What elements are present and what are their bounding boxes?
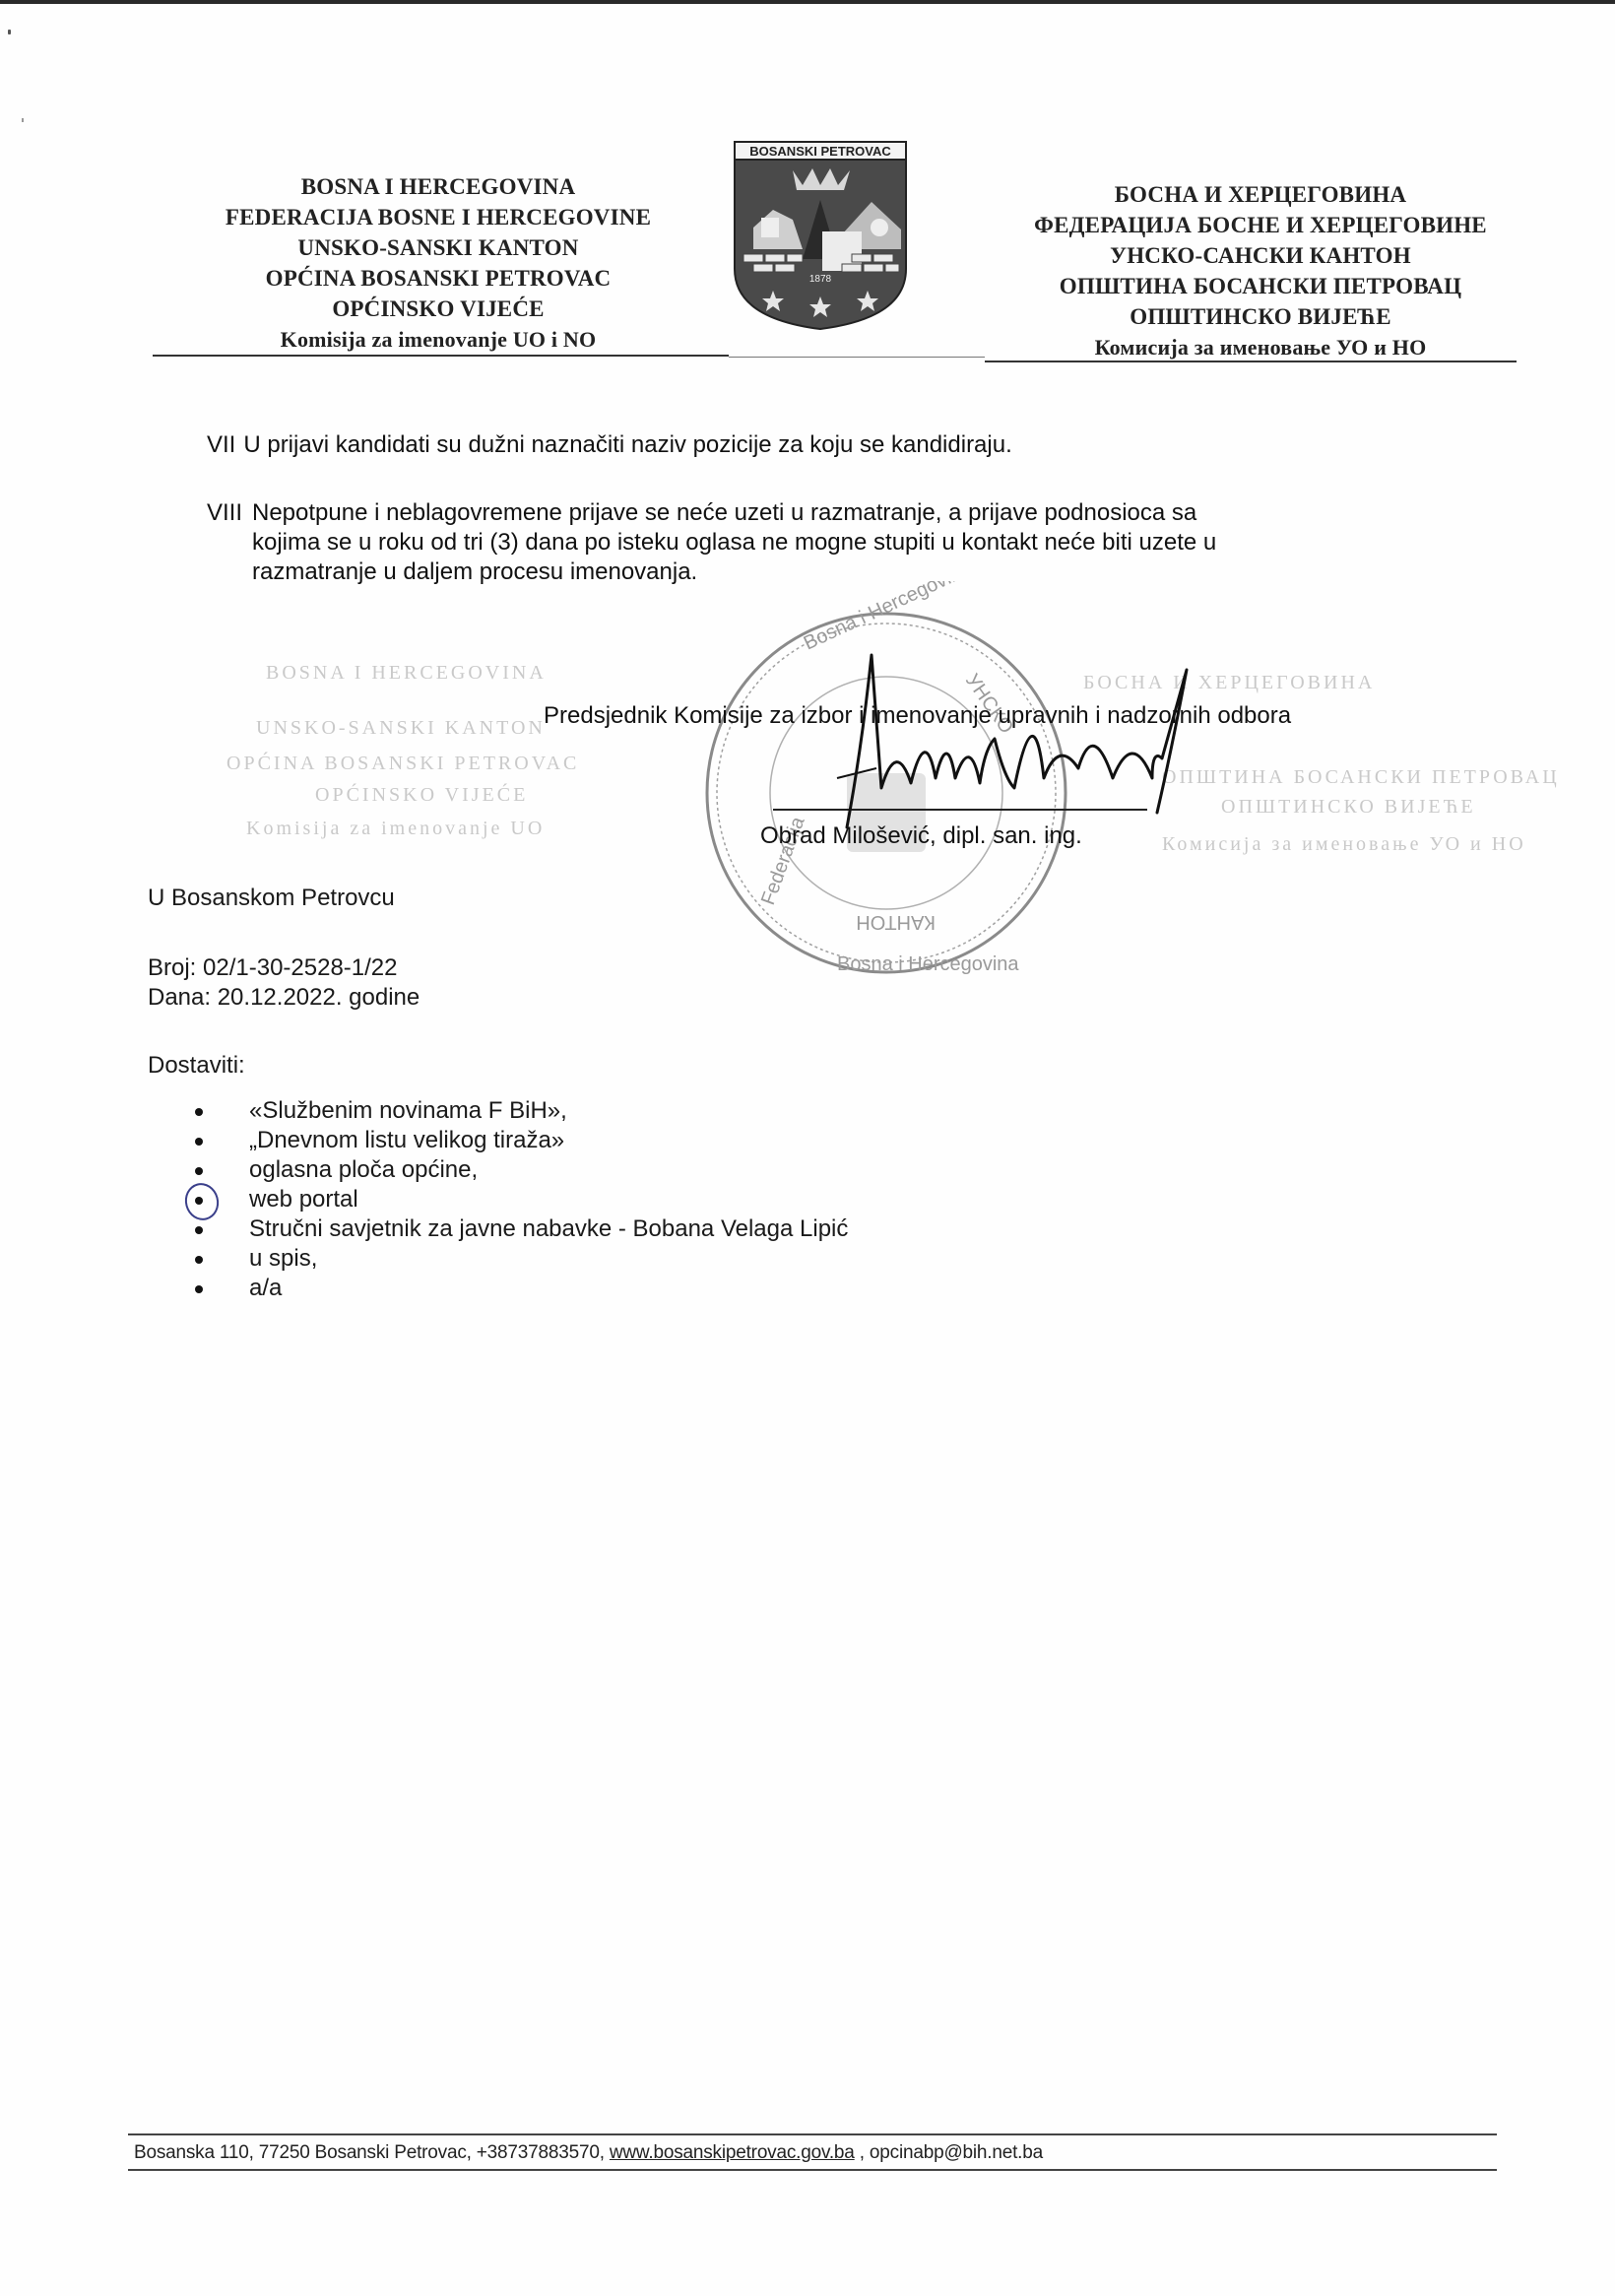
bullet-icon: [195, 1226, 203, 1234]
letterhead-commission: Комисија за именовање УО и НО: [985, 332, 1536, 362]
footer-rule: [128, 2169, 1497, 2171]
letterhead-commission: Komisija za imenovanje UO i NO: [172, 324, 704, 355]
letterhead-line: OPĆINA BOSANSKI PETROVAC: [172, 263, 704, 294]
footer-website-link[interactable]: www.bosanskipetrovac.gov.ba: [610, 2142, 855, 2163]
svg-text:Bosna i Hercegovina: Bosna i Hercegovina: [837, 953, 1019, 975]
bleed-through-text: OPĆINSKO VIJEĆE: [315, 784, 528, 807]
svg-text:1878: 1878: [809, 274, 832, 285]
signatory-name: Obrad Milošević, dipl. san. ing.: [760, 822, 1082, 850]
svg-text:Bosna i Hercegovina: Bosna i Hercegovina: [801, 581, 975, 655]
list-item: a/a: [195, 1274, 848, 1303]
bullet-icon: [195, 1138, 203, 1146]
section-viii: VIIINepotpune i neblagovremene prijave s…: [207, 498, 1551, 587]
document-number: Broj: 02/1-30-2528-1/22: [148, 953, 420, 983]
bleed-through-text: ОПШТИНСКО ВИЈЕЋЕ: [1221, 796, 1476, 819]
distribution-label: Dostaviti:: [148, 1052, 245, 1080]
letterhead-line: OPĆINSKO VIJEĆE: [172, 294, 704, 324]
scan-speck: [22, 118, 24, 122]
letterhead-line: БОСНА И ХЕРЦЕГОВИНА: [985, 179, 1536, 210]
signatory-title: Predsjednik Komisije za izbor i imenovan…: [544, 702, 1291, 730]
section-vii: VIIU prijavi kandidati su dužni naznačit…: [207, 430, 1536, 460]
scan-speck: [8, 30, 11, 34]
bleed-through-text: ОПШТИНА БОСАНСКИ ПЕТРОВАЦ: [1162, 766, 1560, 789]
bleed-through-text: Komisija za imenovanje UO: [246, 818, 545, 840]
bleed-through-text: БОСНА И ХЕРЦЕГОВИНА: [1083, 672, 1375, 694]
section-text: Nepotpune i neblagovremene prijave se ne…: [252, 499, 1196, 526]
list-item: oglasna ploča općine,: [195, 1155, 848, 1185]
footer-address: Bosanska 110, 77250 Bosanski Petrovac, +…: [134, 2142, 610, 2163]
letterhead-line: ОПШТИНА БОСАНСКИ ПЕТРОВАЦ: [985, 271, 1536, 301]
list-item: web portal: [195, 1185, 848, 1214]
svg-text:КАНТОН: КАНТОН: [856, 911, 936, 933]
bleed-through-text: BOSNA I HERCEGOVINA: [266, 662, 547, 685]
letterhead-line: ФЕДЕРАЦИЈА БОСНЕ И ХЕРЦЕГОВИНЕ: [985, 210, 1536, 240]
letterhead-cyrillic: БОСНА И ХЕРЦЕГОВИНА ФЕДЕРАЦИЈА БОСНЕ И Х…: [985, 179, 1536, 362]
letterhead-rule: [985, 361, 1517, 362]
bullet-icon: [195, 1285, 203, 1293]
bleed-through-text: OPĆINA BOSANSKI PETROVAC: [226, 753, 579, 775]
letterhead-latin: BOSNA I HERCEGOVINA FEDERACIJA BOSNE I H…: [172, 171, 704, 355]
svg-text:BOSANSKI PETROVAC: BOSANSKI PETROVAC: [749, 144, 891, 159]
letterhead-line: ОПШТИНСКО ВИЈЕЋЕ: [985, 301, 1536, 332]
section-number: VII: [207, 431, 235, 458]
footer-contact: Bosanska 110, 77250 Bosanski Petrovac, +…: [134, 2142, 1043, 2164]
coat-of-arms-icon: BOSANSKI PETROVAC 1878: [734, 141, 907, 330]
letterhead-line: УНСКО-САНСКИ КАНТОН: [985, 240, 1536, 271]
bleed-through-text: UNSKO-SANSKI KANTON: [256, 717, 546, 740]
letterhead-line: UNSKO-SANSKI KANTON: [172, 232, 704, 263]
section-text: U prijavi kandidati su dužni naznačiti n…: [243, 431, 1011, 458]
bullet-icon: [195, 1108, 203, 1116]
letterhead-line: FEDERACIJA BOSNE I HERCEGOVINE: [172, 202, 704, 232]
letterhead-rule: [729, 357, 985, 358]
footer-email[interactable]: opcinabp@bih.net.ba: [870, 2142, 1043, 2163]
place: U Bosanskom Petrovcu: [148, 885, 395, 912]
distribution-list: «Službenim novinama F BiH», „Dnevnom lis…: [195, 1096, 848, 1303]
list-item: «Službenim novinama F BiH»,: [195, 1096, 848, 1126]
list-item: Stručni savjetnik za javne nabavke - Bob…: [195, 1214, 848, 1244]
document-meta: Broj: 02/1-30-2528-1/22 Dana: 20.12.2022…: [148, 953, 420, 1013]
list-item: „Dnevnom listu velikog tiraža»: [195, 1126, 848, 1155]
footer-rule: [128, 2133, 1497, 2135]
letterhead-rule: [153, 355, 729, 357]
section-text: kojima se u roku od tri (3) dana po iste…: [207, 528, 1551, 558]
scan-top-edge: [0, 0, 1615, 4]
document-date: Dana: 20.12.2022. godine: [148, 983, 420, 1013]
official-stamp-icon: Bosna i Hercegovina Federacija УНСКО Bos…: [689, 581, 1083, 995]
letterhead-line: BOSNA I HERCEGOVINA: [172, 171, 704, 202]
section-number: VIII: [207, 498, 252, 528]
bullet-icon: [195, 1167, 203, 1175]
bullet-icon: [195, 1256, 203, 1264]
bleed-through-text: Комисија за именовање УО и НО: [1162, 833, 1526, 856]
signature-line: [773, 809, 1147, 811]
list-item: u spis,: [195, 1244, 848, 1274]
